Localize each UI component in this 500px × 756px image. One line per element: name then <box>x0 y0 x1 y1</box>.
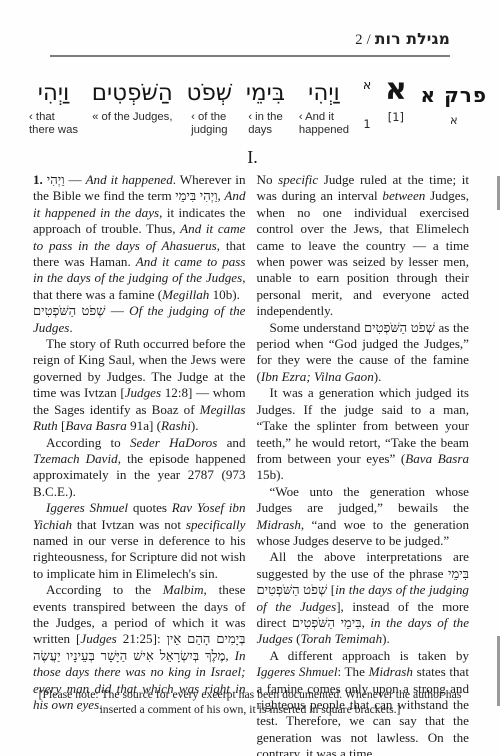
commentary-paragraph: 1. וַיְהִי — And it happened. Wherever i… <box>33 172 246 303</box>
right-column: No specific Judge ruled at the time; it … <box>257 172 470 756</box>
footnote: [Please note: The source for every excer… <box>30 688 470 717</box>
commentary-paragraph: “Woe unto the generation whose Judges ar… <box>257 484 470 550</box>
interlinear-gloss: 1 <box>363 118 370 131</box>
left-column: 1. וַיְהִי — And it happened. Wherever i… <box>33 172 246 756</box>
interlinear-gloss: [1] <box>388 111 404 124</box>
footnote-line: [Please note: The source for every excer… <box>30 688 470 703</box>
hebrew-word: הַשֹּׁפְטִים <box>92 70 173 108</box>
section-numeral: I. <box>0 147 500 168</box>
verse-unit-word: שְׁפֹט‹ of thejudging <box>187 70 233 137</box>
book-title: מגילת רות <box>375 30 450 48</box>
commentary-paragraph: Iggeres Shmuel quotes Rav Yosef ibn Yich… <box>33 500 246 582</box>
commentary-paragraph: Some understand שְׁפֹט הַשֹּׁפְטִים as t… <box>257 320 470 386</box>
commentary-columns: 1. וַיְהִי — And it happened. Wherever i… <box>33 172 469 756</box>
verse-unit-verse-marker: א1 <box>363 70 371 131</box>
verse-unit-chapter: פרק אא <box>421 70 487 127</box>
verse-unit-word: בִּימֵי‹ in thedays <box>246 70 285 137</box>
interlinear-gloss: ‹ And ithappened <box>299 111 349 137</box>
verse-row: פרק אאא[1]א1וַיְהִי‹ And ithappenedבִּימ… <box>29 70 487 137</box>
commentary-paragraph: שְׁפֹט הַשֹּׁפְטִים — Of the judging of … <box>33 303 246 336</box>
hebrew-word: וַיְהִי <box>308 70 340 108</box>
interlinear-gloss: « of the Judges, <box>92 111 172 124</box>
verse-unit-word: הַשֹּׁפְטִים« of the Judges, <box>92 70 173 124</box>
verse-unit-big-letter: א[1] <box>385 70 407 124</box>
hebrew-word: שְׁפֹט <box>187 70 233 108</box>
commentary-paragraph: It was a generation which judged its Jud… <box>257 385 470 483</box>
page-number: 2 <box>355 32 362 49</box>
hebrew-word: פרק א <box>421 70 487 111</box>
verse-unit-word: וַיְהִי‹ And ithappened <box>299 70 349 137</box>
commentary-paragraph: All the above interpretations are sugges… <box>257 549 470 647</box>
interlinear-gloss: א <box>450 114 458 127</box>
header-rule <box>50 55 450 57</box>
interlinear-gloss: ‹ thatthere was <box>29 111 78 137</box>
footnote-line: inserted a comment of his own, it is ins… <box>30 703 470 718</box>
commentary-paragraph: No specific Judge ruled at the time; it … <box>257 172 470 320</box>
hebrew-word: בִּימֵי <box>246 70 285 108</box>
hebrew-word: א <box>385 70 407 108</box>
interlinear-gloss: ‹ in thedays <box>248 111 283 137</box>
verse-unit-word: וַיְהִי‹ thatthere was <box>29 70 78 137</box>
hebrew-word: א <box>363 70 371 115</box>
header-separator: / <box>367 32 371 49</box>
hebrew-word: וַיְהִי <box>38 70 70 108</box>
interlinear-gloss: ‹ of thejudging <box>191 111 227 137</box>
page-header: 2 / מגילת רות <box>355 30 450 49</box>
commentary-paragraph: The story of Ruth occurred before the re… <box>33 336 246 434</box>
commentary-paragraph: According to Seder HaDoros and Tzemach D… <box>33 435 246 501</box>
